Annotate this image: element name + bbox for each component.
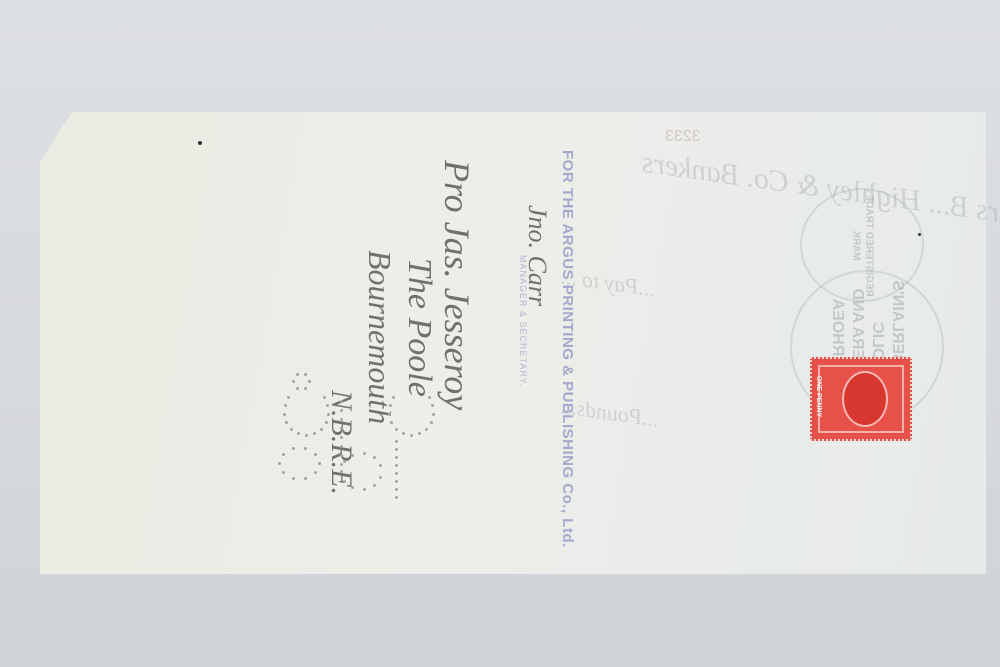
handwritten-signature: Jno. Carr <box>522 205 552 306</box>
perforation-hole <box>323 396 326 399</box>
perforation-hole <box>363 452 366 455</box>
handwritten-endorsement: The Poole <box>400 258 438 397</box>
perforation-hole <box>395 496 398 499</box>
perforation-hole <box>340 445 343 448</box>
perforation-hole <box>340 409 343 412</box>
serial-number: 3233 <box>665 128 701 146</box>
perforation-hole <box>395 456 398 459</box>
perforation-hole <box>388 413 391 416</box>
perforation-hole <box>379 476 382 479</box>
ink-dot <box>198 141 202 145</box>
perforation-hole <box>363 488 366 491</box>
printed-company-name: FOR THE ARGUS PRINTING & PUBLISHING Co.,… <box>559 150 576 560</box>
handwritten-endorsement: N.B.R.E. <box>324 390 358 495</box>
perforation-hole <box>395 448 398 451</box>
perforation-hole <box>278 462 281 465</box>
perforation-hole <box>283 413 286 416</box>
perforation-hole <box>325 421 328 424</box>
perforation-hole <box>389 404 392 407</box>
perforation-hole <box>425 428 428 431</box>
perforation-hole <box>304 387 307 390</box>
perforation-hole <box>430 421 433 424</box>
perforation-hole <box>395 480 398 483</box>
perforation-hole <box>340 418 343 421</box>
perforation-hole <box>308 380 311 383</box>
perforation-hole <box>292 380 295 383</box>
one-penny-stamp: ONE PENNY <box>810 357 912 441</box>
perforation-hole <box>395 488 398 491</box>
perforation-hole <box>292 447 295 450</box>
perforation-hole <box>428 396 431 399</box>
perforation-hole <box>343 480 346 483</box>
perforation-hole <box>340 454 343 457</box>
perforation-hole <box>410 434 413 437</box>
perforation-hole <box>304 447 307 450</box>
perforation-hole <box>296 387 299 390</box>
perforation-hole <box>284 404 287 407</box>
handwritten-endorsement: Pro Jas. Jesseroy <box>436 160 478 410</box>
stamp-denomination: ONE PENNY <box>815 376 822 417</box>
perforation-hole <box>340 400 343 403</box>
perforation-hole <box>373 484 376 487</box>
perforation-hole <box>432 413 435 416</box>
perforation-hole <box>340 463 343 466</box>
perforation-hole <box>340 427 343 430</box>
perforation-hole <box>320 428 323 431</box>
perforation-hole <box>373 456 376 459</box>
perforation-hole <box>327 413 330 416</box>
perforation-hole <box>395 440 398 443</box>
ink-dot <box>918 233 921 236</box>
perforation-hole <box>395 472 398 475</box>
perforation-hole <box>318 462 321 465</box>
perforation-hole <box>314 453 317 456</box>
perforation-hole <box>340 436 343 439</box>
perforation-hole <box>282 453 285 456</box>
king-portrait-icon <box>842 371 888 427</box>
perforation-hole <box>305 434 308 437</box>
perforation-hole <box>395 464 398 467</box>
perforation-hole <box>340 470 343 473</box>
